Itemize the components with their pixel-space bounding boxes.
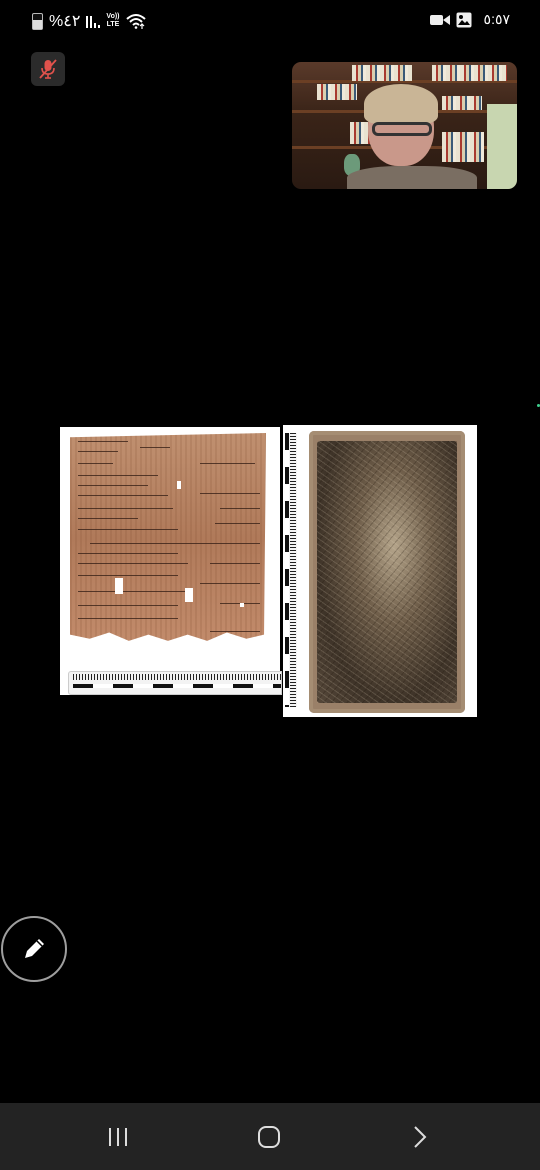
annotate-button[interactable] xyxy=(1,916,67,982)
tablet-image xyxy=(283,425,477,717)
system-navigation-bar xyxy=(0,1103,540,1170)
video-camera-icon xyxy=(430,14,450,26)
gallery-icon xyxy=(456,12,472,28)
mute-toggle-button[interactable] xyxy=(31,52,65,86)
battery-percent: %٤٢ xyxy=(49,11,80,31)
wifi-icon xyxy=(126,13,146,29)
home-button[interactable] xyxy=(229,1103,309,1170)
home-icon xyxy=(257,1125,281,1149)
wall xyxy=(487,104,517,189)
participant-video-thumbnail[interactable] xyxy=(292,62,517,189)
papyrus-fragment xyxy=(70,433,266,643)
back-icon xyxy=(412,1125,428,1149)
books xyxy=(432,65,507,81)
shared-screen xyxy=(60,425,477,717)
books xyxy=(442,132,484,162)
scale-ruler-vertical xyxy=(285,433,297,707)
books xyxy=(442,96,482,110)
status-bar: %٤٢ Vo))LTE ٥:٥٧ xyxy=(0,0,540,40)
recents-icon xyxy=(107,1127,129,1147)
scale-ruler-horizontal xyxy=(68,671,282,695)
books xyxy=(317,84,357,100)
pencil-icon xyxy=(20,935,48,963)
recents-button[interactable] xyxy=(78,1103,158,1170)
clock: ٥:٥٧ xyxy=(484,11,510,28)
books xyxy=(352,65,412,81)
papyrus-image xyxy=(60,427,280,695)
status-left: %٤٢ Vo))LTE xyxy=(32,11,146,31)
person-body xyxy=(347,166,477,189)
battery-icon xyxy=(32,13,43,30)
glasses xyxy=(372,122,432,136)
volte-icon: Vo))LTE xyxy=(106,13,119,29)
back-button[interactable] xyxy=(380,1103,460,1170)
wax-tablet xyxy=(309,431,465,713)
person-hair xyxy=(364,84,438,124)
microphone-muted-icon xyxy=(37,58,59,80)
signal-icon xyxy=(86,14,100,28)
status-right: ٥:٥٧ xyxy=(430,11,510,28)
